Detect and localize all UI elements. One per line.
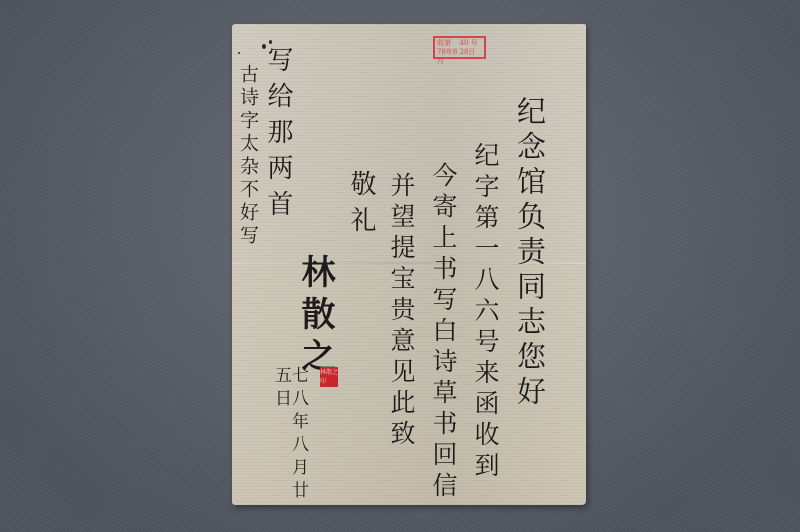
postscript-line-1: 写给那两首 (265, 46, 291, 226)
letter-closing: 敬礼 (348, 170, 374, 242)
postscript-line-2: 古诗字太杂不好写 (238, 64, 257, 248)
letter-signature: 林散之 (298, 254, 332, 380)
letter-body-line-1: 纪字第一八六号来函收到 (473, 142, 498, 483)
receipt-stamp: 收第 40 号 78年8月 28日 (433, 36, 486, 59)
stamp-cell: 78年8月 (437, 48, 460, 66)
letter-date: 七八年八月廿五日 (272, 366, 306, 505)
letter-salutation: 纪念馆负责同志您好 (515, 96, 544, 411)
letter-body-line-3: 并望提宝贵意见此致 (389, 172, 414, 451)
letter-paper: 收第 40 号 78年8月 28日 纪念馆负责同志您好 纪字第一八六号来函收到 … (232, 24, 586, 505)
stamp-cell: 40 号 (460, 39, 483, 48)
artist-seal: 林散之印 (320, 367, 338, 387)
letter-body-line-2: 今寄上书写白诗草书回信 (431, 162, 456, 503)
stamp-cell: 28日 (460, 48, 483, 66)
stamp-cell: 收第 (437, 39, 460, 48)
